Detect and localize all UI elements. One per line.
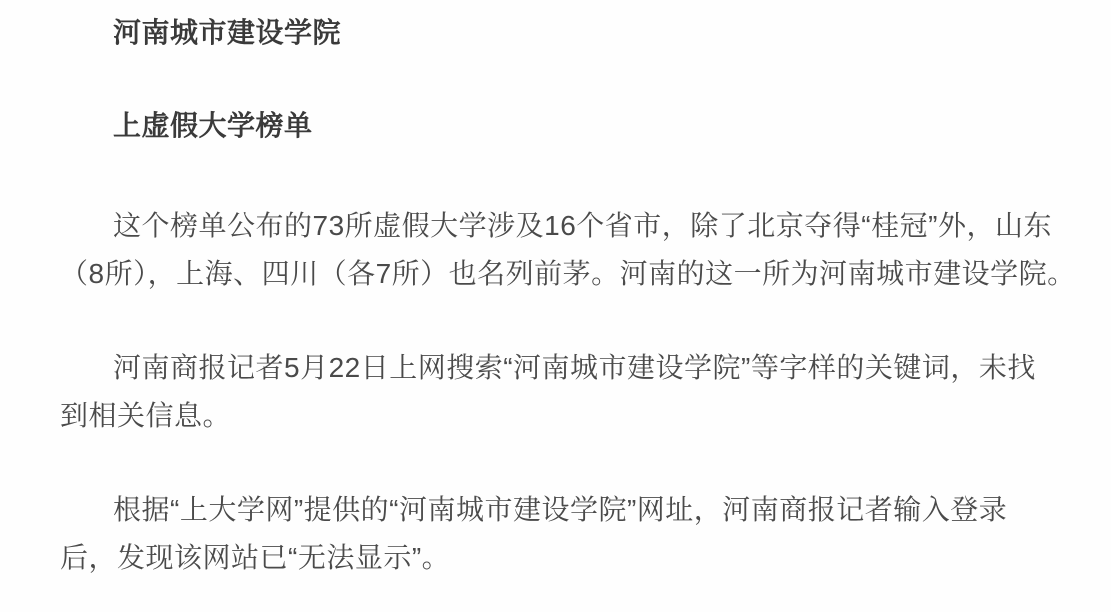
paragraph-line: 根据“上大学网”提供的“河南城市建设学院”网址，河南商报记者输入登录 (60, 486, 1047, 534)
article-paragraph-3: 根据“上大学网”提供的“河南城市建设学院”网址，河南商报记者输入登录 后，发现该… (60, 486, 1047, 582)
paragraph-line: （8所），上海、四川（各7所）也名列前茅。河南的这一所为河南城市建设学院。 (60, 250, 1047, 298)
paragraph-line: 这个榜单公布的73所虚假大学涉及16个省市，除了北京夺得“桂冠”外，山东 (60, 202, 1047, 250)
paragraph-line: 后，发现该网站已“无法显示”。 (60, 534, 1047, 582)
paragraph-line: 河南商报记者5月22日上网搜索“河南城市建设学院”等字样的关键词，未找 (60, 344, 1047, 392)
article-paragraph-1: 这个榜单公布的73所虚假大学涉及16个省市，除了北京夺得“桂冠”外，山东 （8所… (60, 202, 1047, 298)
paragraph-line: 到相关信息。 (60, 392, 1047, 440)
article-heading-primary: 河南城市建设学院 (60, 9, 1047, 57)
article-page: 河南城市建设学院 上虚假大学榜单 这个榜单公布的73所虚假大学涉及16个省市，除… (0, 0, 1111, 612)
article-paragraph-2: 河南商报记者5月22日上网搜索“河南城市建设学院”等字样的关键词，未找 到相关信… (60, 344, 1047, 440)
article-heading-secondary: 上虚假大学榜单 (60, 102, 1047, 150)
